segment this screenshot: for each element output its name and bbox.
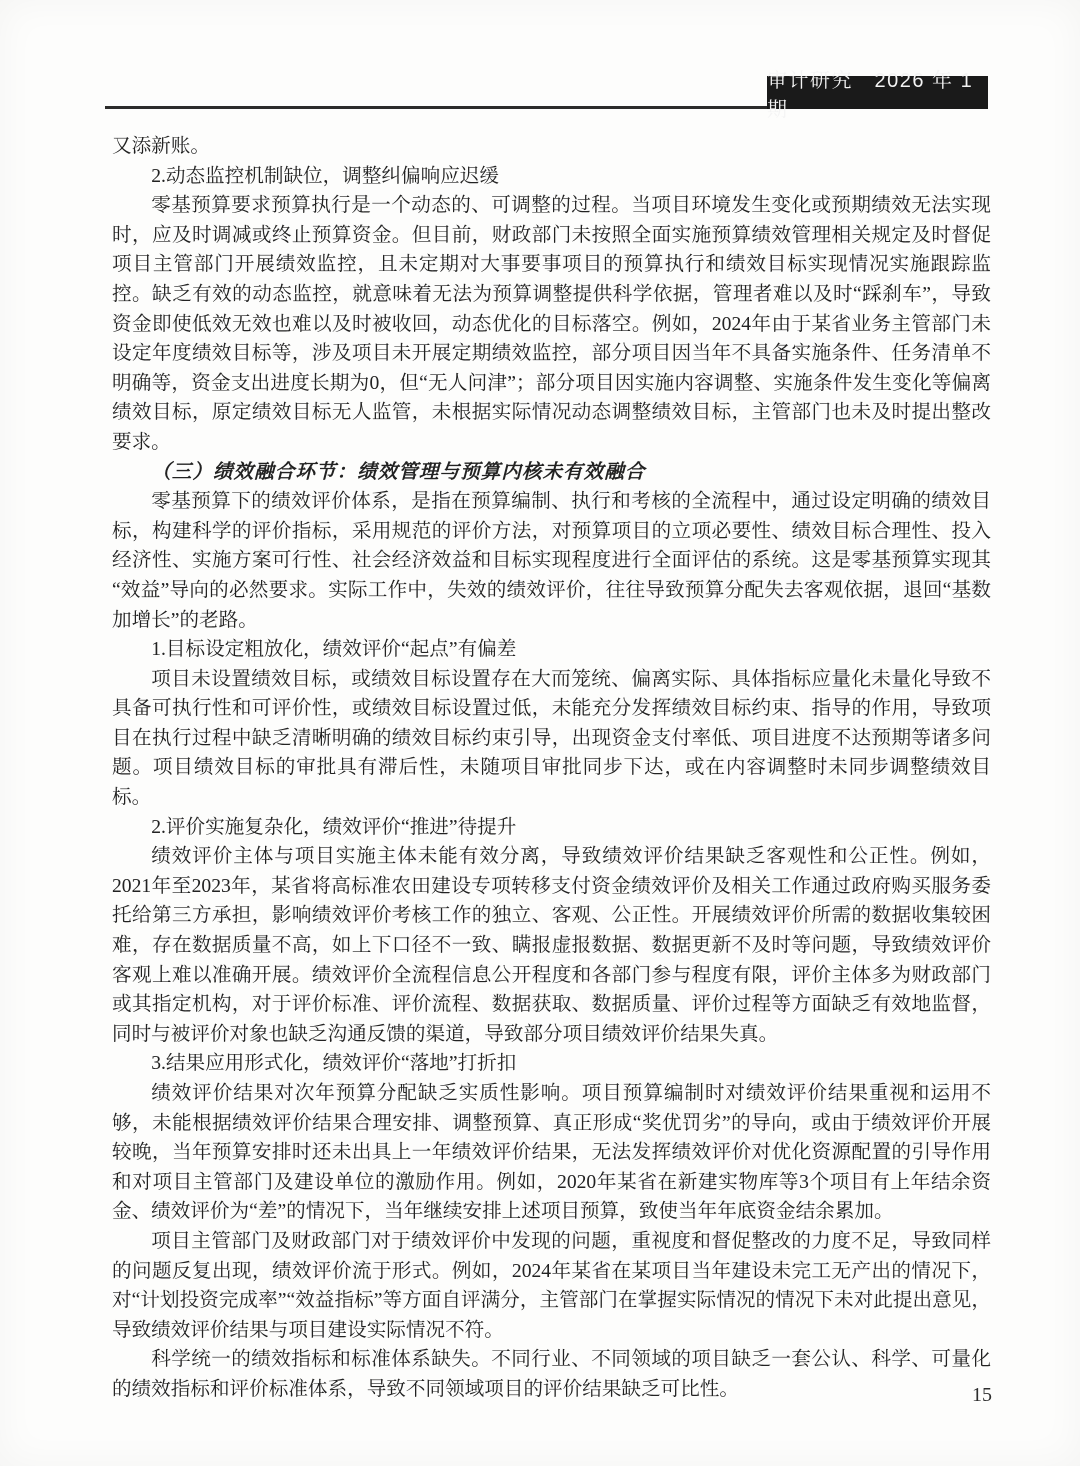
paragraph-evaluation-implementation: 绩效评价主体与项目实施主体未能有效分离，导致绩效评价结果缺乏客观性和公正性。例如… <box>112 842 991 1049</box>
paragraph-performance-evaluation-system: 零基预算下的绩效评价体系，是指在预算编制、执行和考核的全流程中，通过设定明确的绩… <box>112 487 991 635</box>
subheading-dynamic-monitoring: 2.动态监控机制缺位，调整纠偏响应迟缓 <box>112 162 991 192</box>
section-heading-performance-integration: （三）绩效融合环节：绩效管理与预算内核未有效融合 <box>112 458 991 488</box>
paragraph-result-application: 绩效评价结果对次年预算分配缺乏实质性影响。项目预算编制时对绩效评价结果重视和运用… <box>112 1079 991 1227</box>
paragraph-rectification-supervision: 项目主管部门及财政部门对于绩效评价中发现的问题，重视度和督促整改的力度不足，导致… <box>112 1227 991 1345</box>
subheading-result-application: 3.结果应用形式化，绩效评价“落地”打折扣 <box>112 1049 991 1079</box>
journal-page: 审计研究 2026 年 1 期 又添新账。 2.动态监控机制缺位，调整纠偏响应迟… <box>0 0 1080 1466</box>
paragraph-continuation: 又添新账。 <box>112 132 991 162</box>
subheading-evaluation-implementation: 2.评价实施复杂化，绩效评价“推进”待提升 <box>112 813 991 843</box>
subheading-goal-setting: 1.目标设定粗放化，绩效评价“起点”有偏差 <box>112 635 991 665</box>
article-body: 又添新账。 2.动态监控机制缺位，调整纠偏响应迟缓 零基预算要求预算执行是一个动… <box>112 132 991 1405</box>
page-number: 15 <box>952 1384 1012 1407</box>
paragraph-goal-setting: 项目未设置绩效目标，或绩效目标设置存在大而笼统、偏离实际、具体指标应量化未量化导… <box>112 665 991 813</box>
paragraph-dynamic-monitoring: 零基预算要求预算执行是一个动态的、可调整的过程。当项目环境发生变化或预期绩效无法… <box>112 191 991 457</box>
journal-issue-badge: 审计研究 2026 年 1 期 <box>767 76 988 109</box>
paragraph-indicator-system-missing: 科学统一的绩效指标和标准体系缺失。不同行业、不同领域的项目缺乏一套公认、科学、可… <box>112 1345 991 1404</box>
